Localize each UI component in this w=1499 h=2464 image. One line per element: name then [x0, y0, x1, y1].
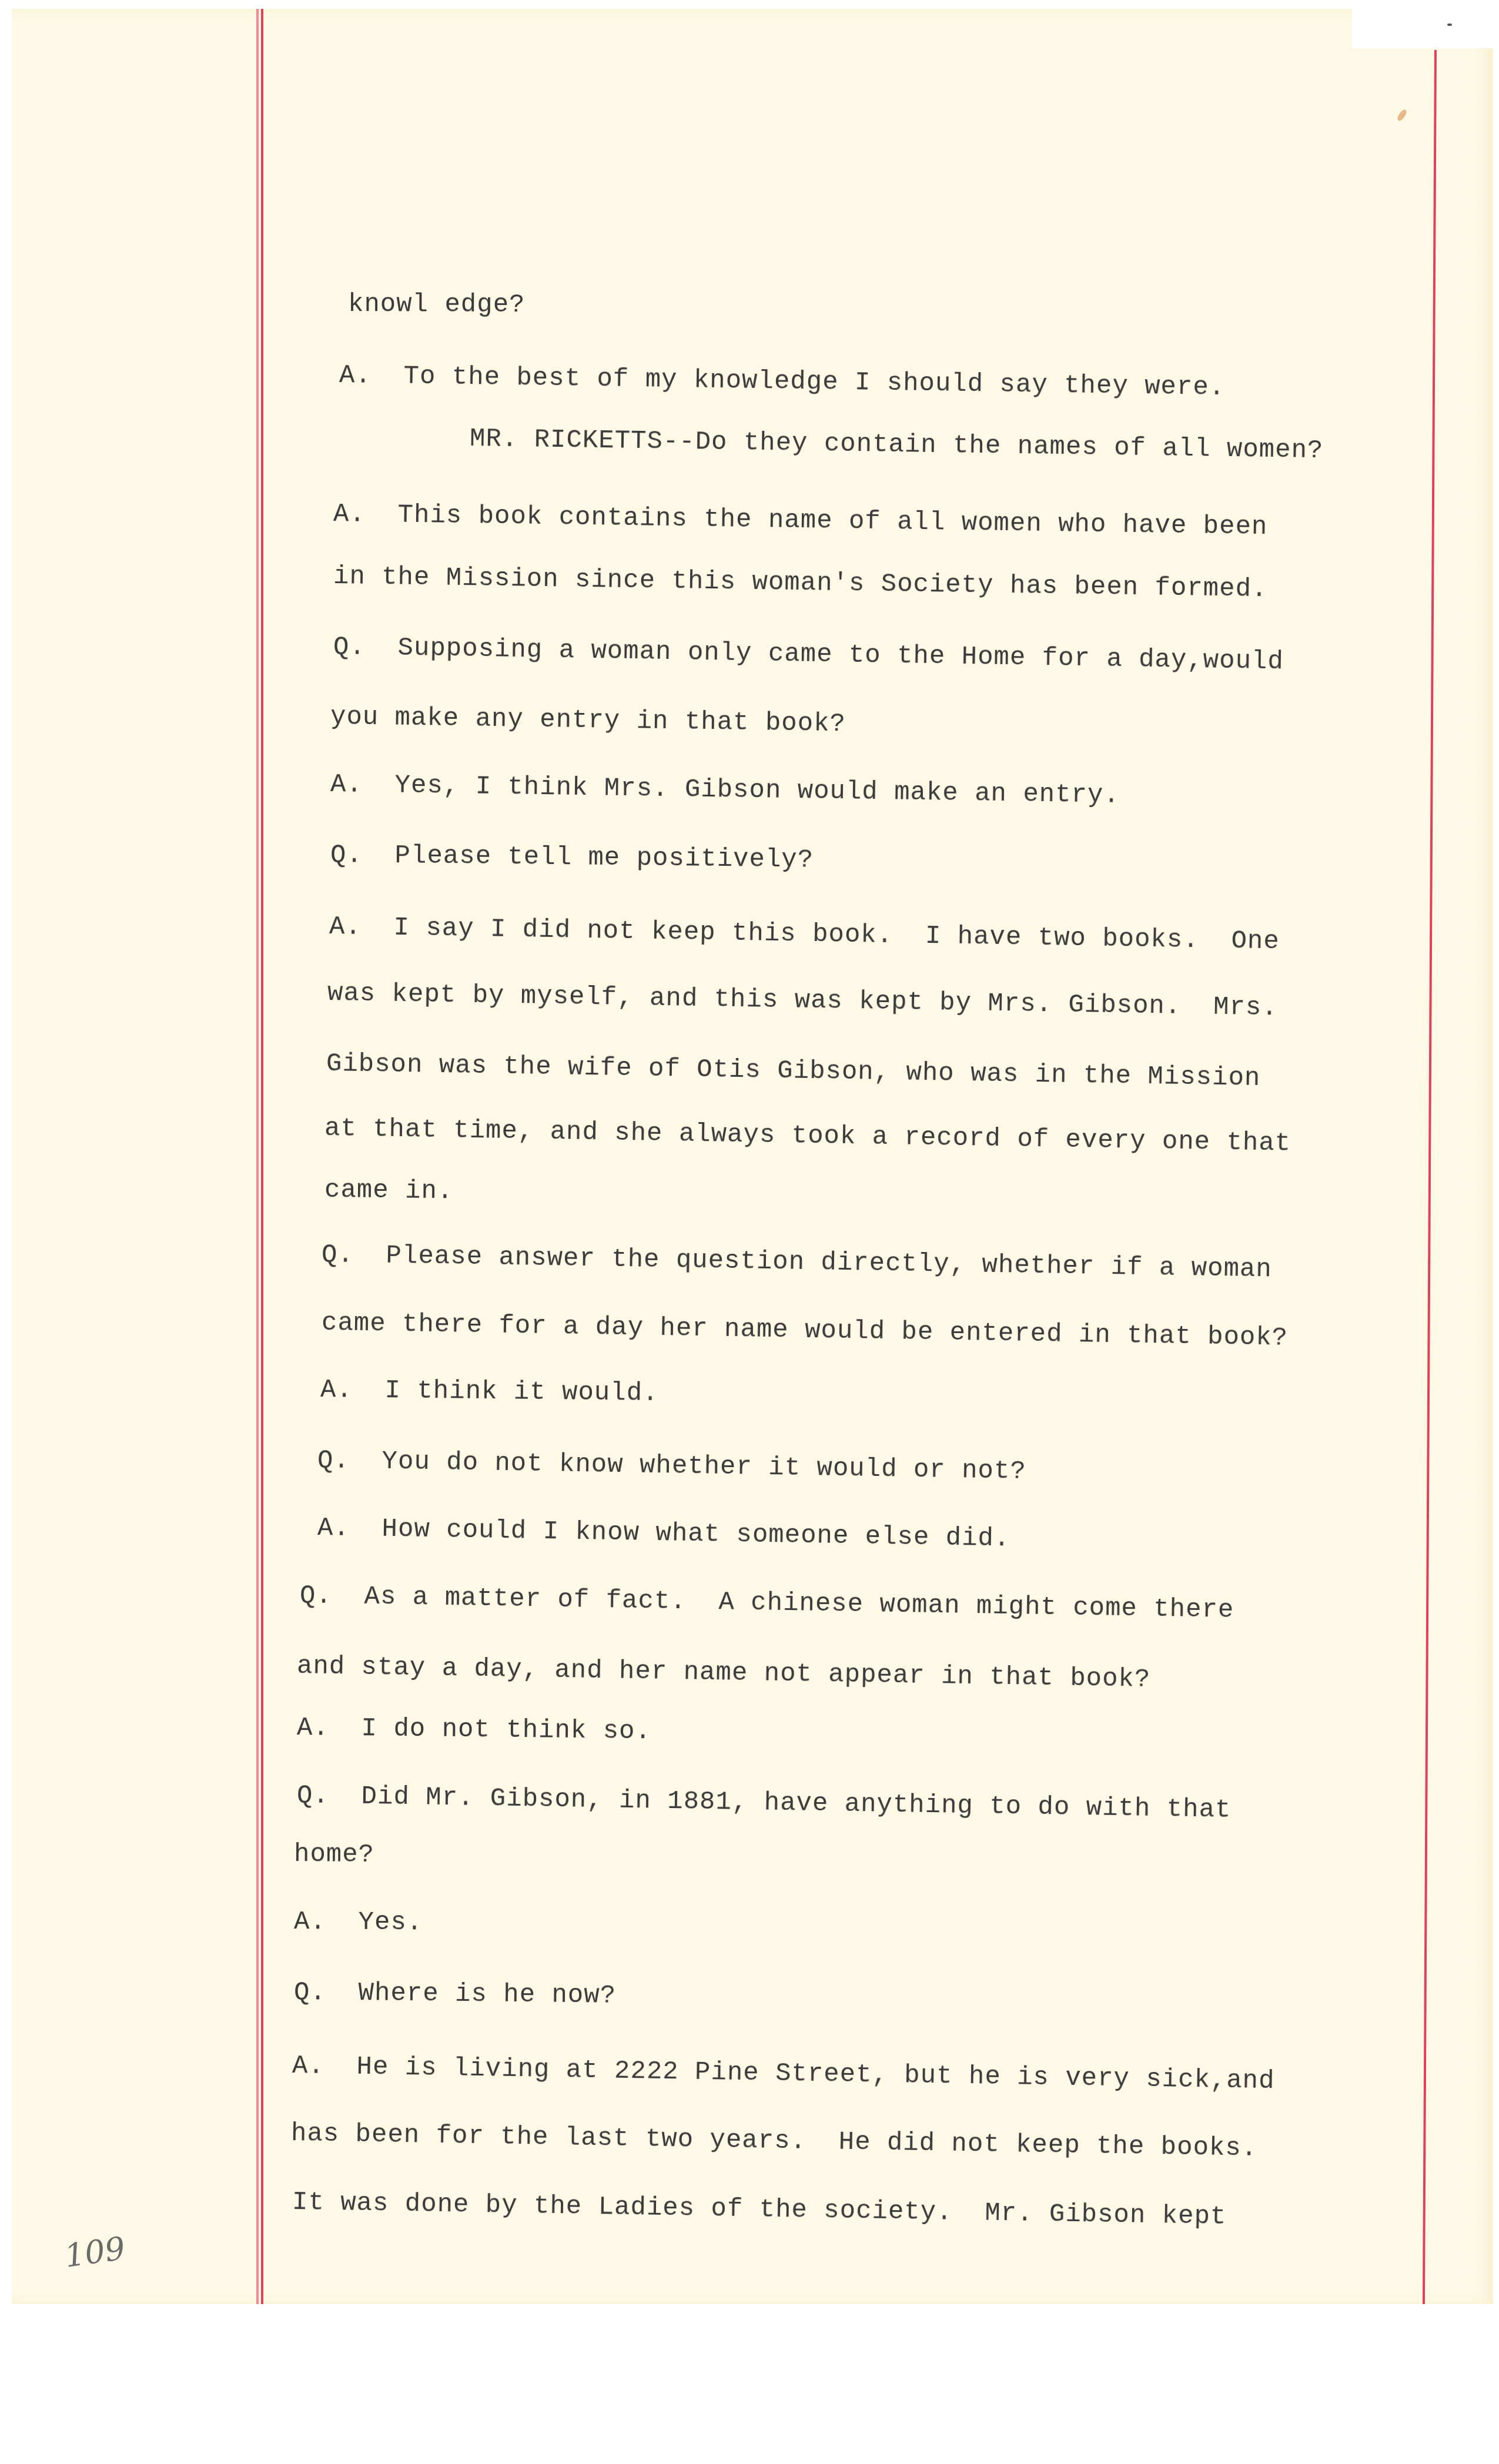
transcript-line: A. To the best of my knowledge I should …	[339, 361, 1226, 403]
transcript-line: at that time, and she always took a reco…	[324, 1114, 1291, 1159]
transcript-line: It was done by the Ladies of the society…	[292, 2188, 1227, 2232]
transcript-line: Q. Please answer the question directly, …	[322, 1240, 1272, 1284]
transcript-line: A. I do not think so.	[297, 1713, 651, 1746]
transcript-line: knowl edge?	[348, 290, 526, 320]
transcript-line: was kept by myself, and this was kept by…	[327, 979, 1278, 1023]
transcript-line: Q. Did Mr. Gibson, in 1881, have anythin…	[297, 1781, 1232, 1825]
transcript-line: A. I think it would.	[320, 1375, 659, 1408]
transcript-line: you make any entry in that book?	[330, 702, 846, 739]
transcript-line: Gibson was the wife of Otis Gibson, who …	[326, 1049, 1261, 1093]
transcript-line: has been for the last two years. He did …	[291, 2119, 1258, 2164]
transcript-line: home?	[294, 1840, 374, 1870]
transcript-line: in the Mission since this woman's Societ…	[333, 562, 1268, 604]
transcript-line: MR. RICKETTS--Do they contain the names …	[389, 423, 1324, 466]
transcript-line: Q. Supposing a woman only came to the Ho…	[333, 632, 1284, 677]
transcript-line: Q. As a matter of fact. A chinese woman …	[300, 1581, 1234, 1625]
transcript-body: knowl edge? A. To the best of my knowled…	[0, 0, 1499, 2464]
transcript-line: Q. Where is he now?	[294, 1978, 617, 2011]
transcript-line: A. How could I know what someone else di…	[317, 1514, 1011, 1554]
transcript-line: A. Yes.	[294, 1907, 423, 1938]
transcript-line: A. Yes, I think Mrs. Gibson would make a…	[330, 770, 1120, 811]
transcript-line: Q. You do not know whether it would or n…	[317, 1446, 1026, 1487]
transcript-line: A. He is living at 2222 Pine Street, but…	[292, 2051, 1275, 2096]
transcript-line: A. This book contains the name of all wo…	[333, 500, 1268, 542]
transcript-line: came in.	[324, 1176, 454, 1206]
transcript-line: came there for a day her name would be e…	[322, 1308, 1289, 1353]
transcript-line: and stay a day, and her name not appear …	[297, 1652, 1151, 1695]
transcript-line: Q. Please tell me positively?	[330, 841, 814, 875]
transcript-line: A. I say I did not keep this book. I hav…	[329, 912, 1280, 956]
